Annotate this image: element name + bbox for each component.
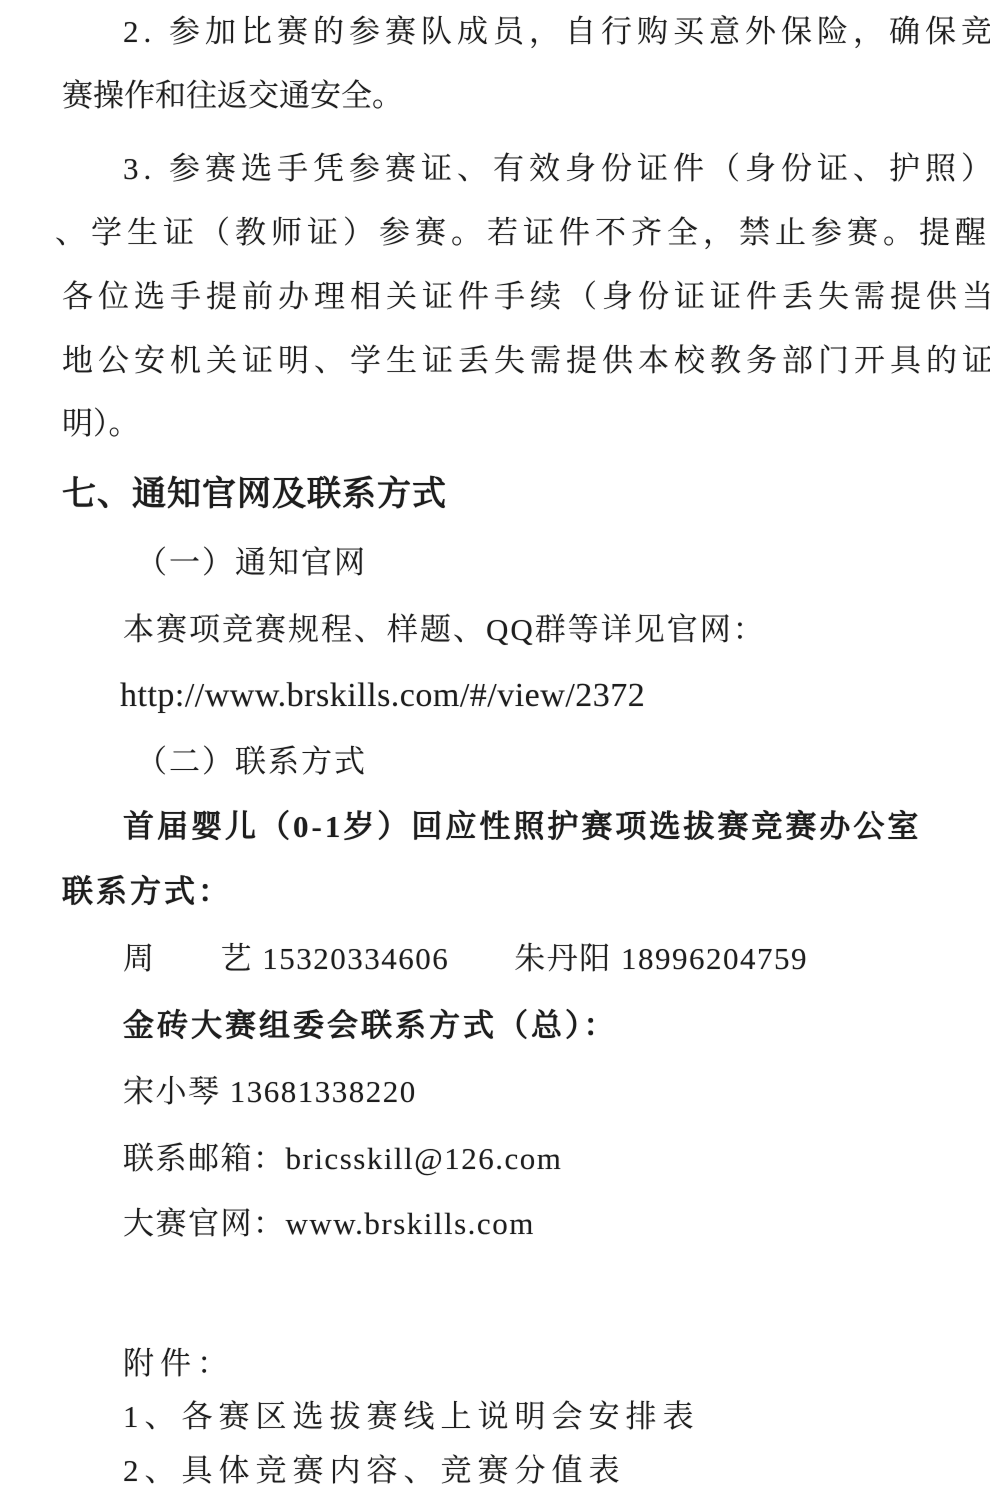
attachment-item: 1、各赛区选拔赛线上说明会安排表 (123, 1397, 700, 1437)
attachment-label: 附件： (123, 1344, 234, 1384)
contact-line: 联系邮箱：bricsskill@126.com (123, 1139, 562, 1179)
paragraph-line: 本赛项竞赛规程、样题、QQ群等详见官网： (123, 610, 766, 650)
paragraph-line: 3. 参赛选手凭参赛证、有效身份证件（身份证、护照） (123, 149, 990, 189)
emphasis-line: 联系方式： (62, 872, 232, 912)
paragraph-line: 各位选手提前办理相关证件手续（身份证证件丢失需提供当 (62, 277, 990, 317)
emphasis-line: 首届婴儿（0-1岁）回应性照护赛项选拔赛竞赛办公室 (123, 807, 921, 847)
paragraph-line: 明）。 (62, 404, 140, 444)
section-heading: 七、通知官网及联系方式 (62, 474, 447, 514)
attachment-item: 2、具体竞赛内容、竞赛分值表 (123, 1451, 626, 1491)
contact-line: 宋小琴 13681338220 (123, 1072, 417, 1112)
emphasis-line: 金砖大赛组委会联系方式（总）： (123, 1006, 618, 1046)
scanned-notice-page: 2. 参加比赛的参赛队成员，自行购买意外保险，确保竞 赛操作和往返交通安全。 3… (0, 0, 990, 1504)
contact-line: 大赛官网：www.brskills.com (123, 1204, 535, 1244)
paragraph-line: 2. 参加比赛的参赛队成员，自行购买意外保险，确保竞 (123, 12, 990, 52)
contact-line: 周 艺 15320334606 朱丹阳 18996204759 (123, 939, 808, 979)
paragraph-line: 地公安机关证明、学生证丢失需提供本校教务部门开具的证 (62, 341, 990, 381)
url-text: http://www.brskills.com/#/view/2372 (120, 676, 645, 716)
paragraph-line: 赛操作和往返交通安全。 (62, 76, 403, 116)
sub-heading: （一）通知官网 (136, 543, 367, 583)
sub-heading: （二）联系方式 (136, 742, 367, 782)
paragraph-line: 、学生证（教师证）参赛。若证件不齐全，禁止参赛。提醒 (55, 213, 990, 253)
